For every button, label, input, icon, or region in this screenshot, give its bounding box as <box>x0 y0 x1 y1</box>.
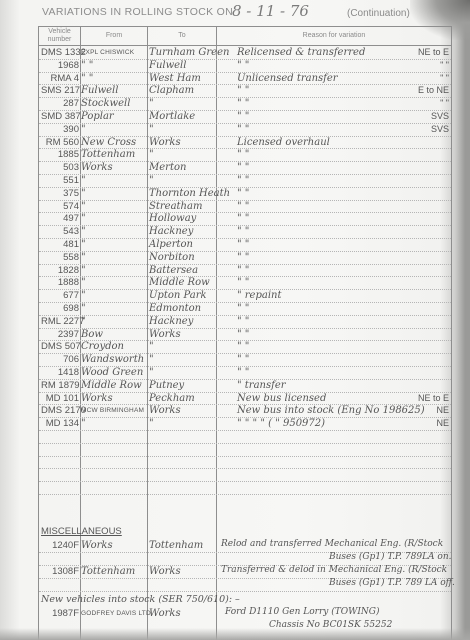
from-location: " <box>81 187 147 200</box>
table-row: Buses (Gp1) T.P. 789 LA off. <box>39 578 451 592</box>
table-row: Buses (Gp1) T.P. 789LA on. <box>39 552 451 566</box>
from-location: MCW BIRMINGHAM <box>81 404 147 417</box>
to-location: " <box>149 340 217 353</box>
reason-text: " " <box>223 84 417 97</box>
reason-text: Licensed overhaul <box>223 136 417 149</box>
table-row: 1885Tottenham"" " <box>39 148 451 162</box>
reason-text: " " <box>223 97 417 110</box>
from-location: Stockwell <box>81 97 147 110</box>
vehicle-number: 390 <box>41 123 79 136</box>
vehicle-number: RML 2277 <box>41 315 79 328</box>
reason-text: " " <box>223 264 417 277</box>
vehicle-number: SMD 387 <box>41 110 79 123</box>
table-row: RM 560New CrossWorksLicensed overhaul <box>39 136 451 150</box>
vehicle-number: 574 <box>41 200 79 213</box>
table-row: 1968" "Fulwell" "" " <box>39 59 451 73</box>
vehicle-number: DMS 1332 <box>41 46 79 59</box>
depot-code: NE to E <box>399 392 453 405</box>
to-location: Works <box>149 328 217 341</box>
page-title: VARIATIONS IN ROLLING STOCK ON <box>42 6 233 18</box>
table-row: 287Stockwell"" "" " <box>39 97 451 111</box>
reason-text: New bus into stock (Eng No 198625) <box>223 404 417 417</box>
from-location: Bow <box>81 328 147 341</box>
vehicle-number: RMA 4 <box>41 72 79 85</box>
table-row: 497"Holloway" " <box>39 212 451 226</box>
depot-code <box>399 212 453 225</box>
vehicle-number: MD 101 <box>41 392 79 405</box>
page-date: 8 - 11 - 76 <box>232 2 309 20</box>
vehicle-number: 503 <box>41 161 79 174</box>
to-location: Alperton <box>149 238 217 251</box>
reason-text: " " <box>223 110 417 123</box>
rolling-stock-table: Vehicle number From To Reason for variat… <box>38 26 452 640</box>
depot-code: SVS <box>399 123 453 136</box>
table-row: MD 101WorksPeckhamNew bus licensedNE to … <box>39 392 451 406</box>
continuation-label: (Continuation) <box>347 8 410 19</box>
vehicle-number: 1968 <box>41 59 79 72</box>
depot-code <box>399 366 453 379</box>
header-reason: Reason for variation <box>217 27 451 45</box>
from-location: Tottenham <box>81 565 147 578</box>
table-row: RMA 4" "West HamUnlicensed transfer" " <box>39 72 451 86</box>
vehicle-number: MD 134 <box>41 417 79 430</box>
from-location: Wood Green <box>81 366 147 379</box>
from-location: Tottenham <box>81 148 147 161</box>
vehicle-number: RM 1879 <box>41 379 79 392</box>
to-location: Clapham <box>149 84 217 97</box>
reason-text: " " <box>223 212 417 225</box>
reason-text: " " <box>223 59 417 72</box>
table-row: 1828"Battersea" " <box>39 264 451 278</box>
from-location: " <box>81 200 147 213</box>
depot-code <box>399 187 453 200</box>
vehicle-number: 543 <box>41 225 79 238</box>
from-location: New Cross <box>81 136 147 149</box>
depot-code <box>399 200 453 213</box>
from-location: Fulwell <box>81 84 147 97</box>
to-location: Edmonton <box>149 302 217 315</box>
vehicle-number: 698 <box>41 302 79 315</box>
from-location: Croydon <box>81 340 147 353</box>
empty-row <box>39 443 451 457</box>
from-location: Middle Row <box>81 379 147 392</box>
depot-code: NE <box>399 404 453 417</box>
empty-row <box>39 430 451 444</box>
vehicle-number: 497 <box>41 212 79 225</box>
from-location: " <box>81 251 147 264</box>
depot-code: SVS <box>399 110 453 123</box>
table-row: 706Wandsworth"" " <box>39 353 451 367</box>
table-row: 677"Upton Park" repaint <box>39 289 451 303</box>
reason-text: " " <box>223 302 417 315</box>
table-row: 503WorksMerton" " <box>39 161 451 175</box>
new-vehicles-heading: New vehicles into stock (SER 750/610): – <box>41 594 240 605</box>
to-location: Middle Row <box>149 276 217 289</box>
depot-code <box>399 379 453 392</box>
table-row: DMS 507Croydon"" " <box>39 340 451 354</box>
reason-text: " " " " ( " 950972) <box>223 417 417 430</box>
to-location: Works <box>149 136 217 149</box>
reason-text: " " <box>223 340 417 353</box>
scan-shadow <box>0 628 470 640</box>
table-row: RM 1879Middle RowPutney" transfer <box>39 379 451 393</box>
from-location: " <box>81 225 147 238</box>
reason-text: " " <box>223 328 417 341</box>
table-row: DMS 1332EXPL CHISWICKTurnham GreenRelice… <box>39 46 451 60</box>
vehicle-number: 1888 <box>41 276 79 289</box>
reason-text: " " <box>223 225 417 238</box>
from-location: " <box>81 212 147 225</box>
vehicle-number: 1885 <box>41 148 79 161</box>
table-row: 1987F GODFREY DAVIS LTD Works Ford D1110… <box>39 607 451 620</box>
table-row: SMD 387PoplarMortlake" "SVS <box>39 110 451 124</box>
from-location: " <box>81 276 147 289</box>
reason-text: Ford D1110 Gen Lorry (TOWING) <box>225 607 379 617</box>
depot-code <box>399 353 453 366</box>
vehicle-number: 481 <box>41 238 79 251</box>
miscellaneous-heading: MISCELLANEOUS <box>41 526 122 537</box>
table-row: 481"Alperton" " <box>39 238 451 252</box>
from-location: Poplar <box>81 110 147 123</box>
depot-code <box>399 161 453 174</box>
table-row: RML 2277"Hackney" " <box>39 315 451 329</box>
reason-text: " " <box>223 187 417 200</box>
to-location: Thornton Heath <box>149 187 217 200</box>
from-location: Wandsworth <box>81 353 147 366</box>
empty-row <box>39 456 451 470</box>
depot-code: " " <box>399 59 453 72</box>
depot-code <box>399 328 453 341</box>
from-location: " " <box>81 72 147 85</box>
to-location: Works <box>149 607 217 620</box>
depot-code <box>399 340 453 353</box>
to-location: Works <box>149 404 217 417</box>
to-location: " <box>149 417 217 430</box>
reason-text: " " <box>223 174 417 187</box>
reason-text: Transferred & delod in Mechanical Eng. (… <box>221 565 447 575</box>
from-location: " <box>81 123 147 136</box>
depot-code <box>399 289 453 302</box>
from-location: EXPL CHISWICK <box>81 46 147 59</box>
to-location: Peckham <box>149 392 217 405</box>
to-location: Hackney <box>149 315 217 328</box>
to-location: Hackney <box>149 225 217 238</box>
vehicle-number: SMS 217 <box>41 84 79 97</box>
reason-text: " " <box>223 200 417 213</box>
header-to: To <box>148 27 216 45</box>
depot-code <box>399 276 453 289</box>
reason-text: " " <box>223 353 417 366</box>
table-row: 543"Hackney" " <box>39 225 451 239</box>
to-location: Norbiton <box>149 251 217 264</box>
depot-code <box>399 148 453 161</box>
header-vehicle-number: Vehicle number <box>39 27 80 45</box>
vehicle-number: 558 <box>41 251 79 264</box>
reason-text: Buses (Gp1) T.P. 789LA on. <box>329 552 451 562</box>
depot-code <box>399 174 453 187</box>
depot-code: NE <box>399 417 453 430</box>
from-location: Works <box>81 392 147 405</box>
reason-text: " " <box>223 276 417 289</box>
to-location: Turnham Green <box>149 46 217 59</box>
from-location: Works <box>81 539 147 552</box>
depot-code: E to NE <box>399 84 453 97</box>
depot-code: NE to E <box>399 46 453 59</box>
depot-code <box>399 251 453 264</box>
from-location: " <box>81 174 147 187</box>
vehicle-number: DMS 507 <box>41 340 79 353</box>
from-location: " <box>81 417 147 430</box>
depot-code <box>399 238 453 251</box>
table-row: 574"Streatham" " <box>39 200 451 214</box>
vehicle-number: 1308F <box>41 565 79 578</box>
from-location: Works <box>81 161 147 174</box>
to-location: Streatham <box>149 200 217 213</box>
table-row: MD 134""" " " " ( " 950972)NE <box>39 417 451 431</box>
reason-text: " " <box>223 161 417 174</box>
reason-text: Relod and transferred Mechanical Eng. (R… <box>221 539 443 549</box>
to-location: Battersea <box>149 264 217 277</box>
vehicle-number: 1828 <box>41 264 79 277</box>
table-row: 1888"Middle Row" " <box>39 276 451 290</box>
table-row: 1418Wood Green"" " <box>39 366 451 380</box>
vehicle-number: 1987F <box>41 607 79 620</box>
scanned-page: VARIATIONS IN ROLLING STOCK ON 8 - 11 - … <box>0 0 470 640</box>
depot-code <box>399 315 453 328</box>
to-location: " <box>149 366 217 379</box>
vehicle-number: 2397 <box>41 328 79 341</box>
from-location: " <box>81 264 147 277</box>
header-from: From <box>81 27 147 45</box>
vehicle-number: 1240F <box>41 539 79 552</box>
vehicle-number: 677 <box>41 289 79 302</box>
to-location: Upton Park <box>149 289 217 302</box>
empty-row <box>39 468 451 482</box>
reason-text: " " <box>223 238 417 251</box>
vehicle-number: 706 <box>41 353 79 366</box>
depot-code <box>399 302 453 315</box>
depot-code <box>399 225 453 238</box>
table-row: 375"Thornton Heath" " <box>39 187 451 201</box>
vehicle-number: 551 <box>41 174 79 187</box>
from-location: GODFREY DAVIS LTD <box>81 607 147 620</box>
vehicle-number: 375 <box>41 187 79 200</box>
table-row: 2397BowWorks" " <box>39 328 451 342</box>
table-row: DMS 2170MCW BIRMINGHAMWorksNew bus into … <box>39 404 451 418</box>
depot-code <box>399 136 453 149</box>
from-location: " <box>81 302 147 315</box>
reason-text: Unlicensed transfer <box>223 72 417 85</box>
reason-text: " repaint <box>223 289 417 302</box>
to-location: Putney <box>149 379 217 392</box>
reason-text: " transfer <box>223 379 417 392</box>
table-row: 558"Norbiton" " <box>39 251 451 265</box>
depot-code: " " <box>399 72 453 85</box>
vehicle-number: 1418 <box>41 366 79 379</box>
table-row: 1240F Works Tottenham Relod and transfer… <box>39 539 451 553</box>
reason-text: " " <box>223 315 417 328</box>
to-location: " <box>149 97 217 110</box>
to-location: Mortlake <box>149 110 217 123</box>
reason-text: " " <box>223 148 417 161</box>
depot-code <box>399 264 453 277</box>
table-row: 1308F Tottenham Works Transferred & delo… <box>39 565 451 579</box>
table-row: 698"Edmonton" " <box>39 302 451 316</box>
reason-text: New bus licensed <box>223 392 417 405</box>
vehicle-number: DMS 2170 <box>41 404 79 417</box>
to-location: " <box>149 353 217 366</box>
to-location: " <box>149 123 217 136</box>
from-location: " " <box>81 59 147 72</box>
to-location: West Ham <box>149 72 217 85</box>
reason-text: Relicensed & transferred <box>223 46 417 59</box>
to-location: " <box>149 174 217 187</box>
reason-text: " " <box>223 366 417 379</box>
to-location: Merton <box>149 161 217 174</box>
depot-code: " " <box>399 97 453 110</box>
vehicle-number: 287 <box>41 97 79 110</box>
table-row: 551""" " <box>39 174 451 188</box>
reason-text: " " <box>223 123 417 136</box>
to-location: Tottenham <box>149 539 217 552</box>
table-row: 390""" "SVS <box>39 123 451 137</box>
from-location: " <box>81 315 147 328</box>
to-location: Works <box>149 565 217 578</box>
reason-text: Buses (Gp1) T.P. 789 LA off. <box>329 578 455 588</box>
vehicle-number: RM 560 <box>41 136 79 149</box>
to-location: Fulwell <box>149 59 217 72</box>
empty-row <box>39 481 451 495</box>
from-location: " <box>81 289 147 302</box>
to-location: " <box>149 148 217 161</box>
table-row: SMS 217FulwellClapham" "E to NE <box>39 84 451 98</box>
to-location: Holloway <box>149 212 217 225</box>
from-location: " <box>81 238 147 251</box>
reason-text: " " <box>223 251 417 264</box>
